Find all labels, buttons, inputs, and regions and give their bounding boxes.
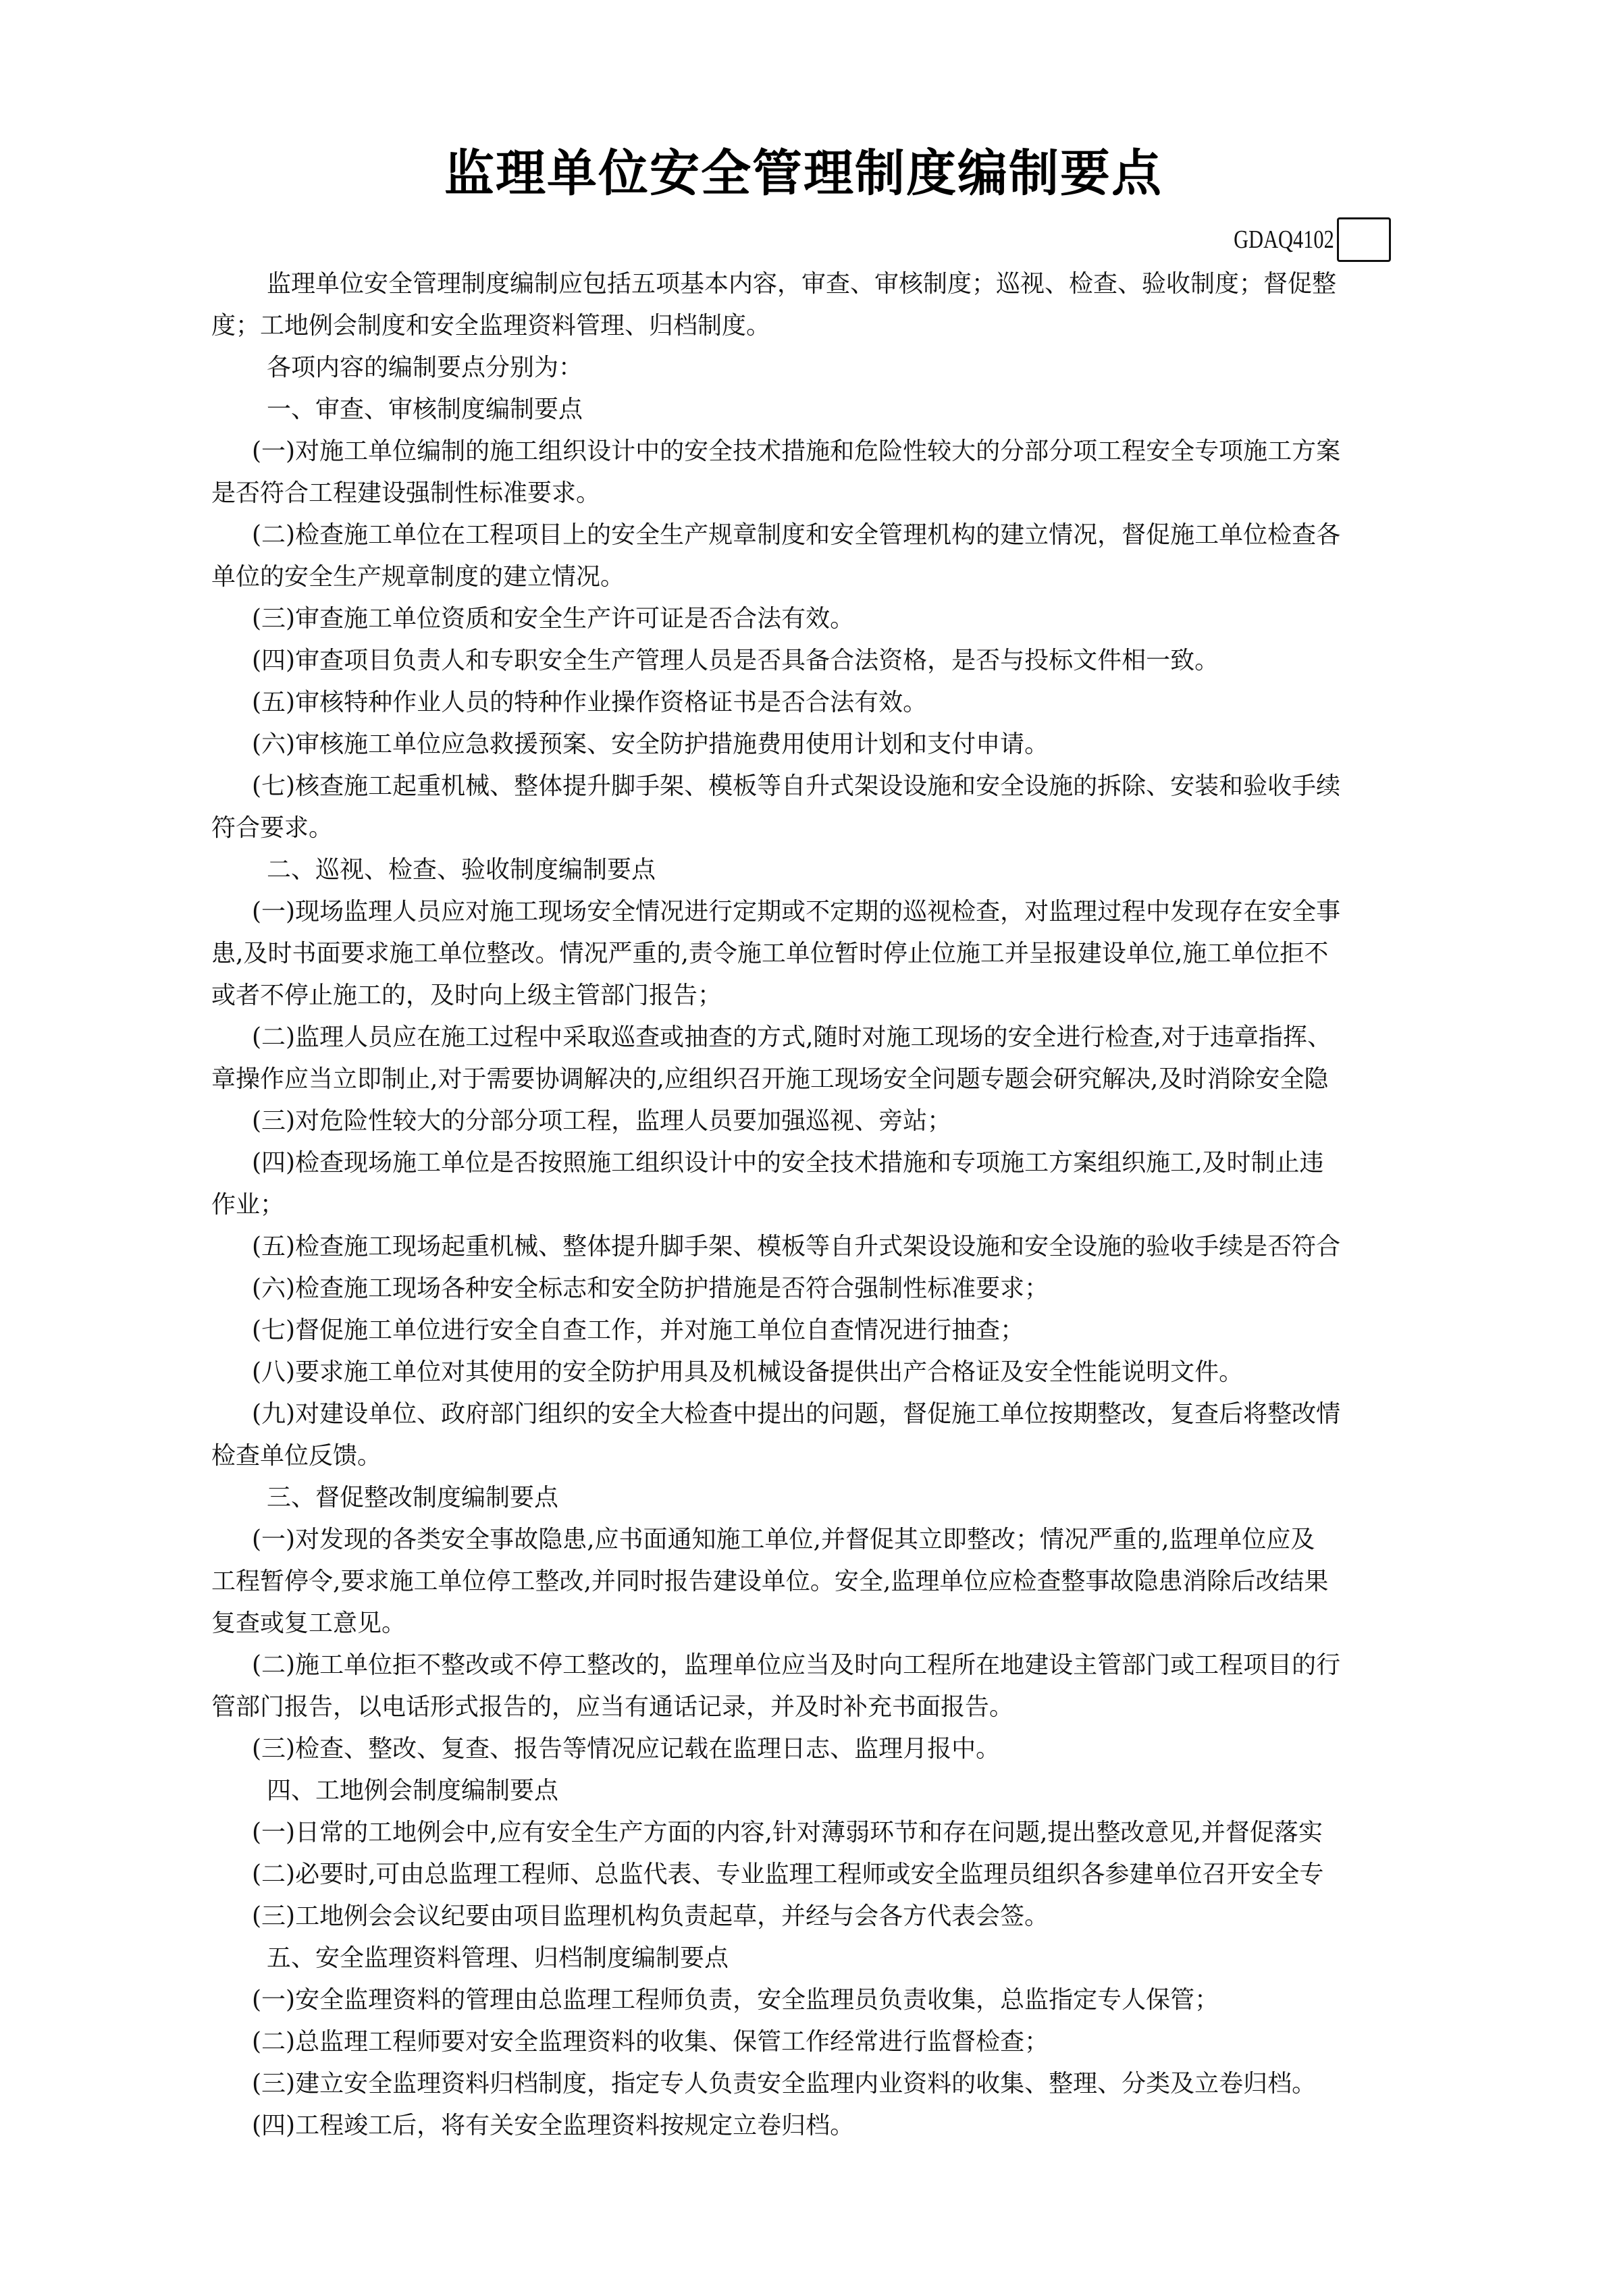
text-line: 是否符合工程建设强制性标准要求。	[211, 473, 1496, 514]
text-line: 符合要求。	[211, 807, 1496, 849]
text-line: 二、巡视、检查、验收制度编制要点	[211, 849, 1496, 891]
text-line: (八)要求施工单位对其使用的安全防护用具及机械设备提供出产合格证及安全性能说明文…	[211, 1352, 1496, 1393]
text-line: (三)对危险性较大的分部分项工程，监理人员要加强巡视、旁站；	[211, 1100, 1496, 1142]
text-line: (二)监理人员应在施工过程中采取巡查或抽查的方式,随时对施工现场的安全进行检查,…	[211, 1017, 1496, 1059]
text-line: (一)日常的工地例会中,应有安全生产方面的内容,针对薄弱环节和存在问题,提出整改…	[211, 1812, 1496, 1854]
text-line: 工程暂停令,要求施工单位停工整改,并同时报告建设单位。安全,监理单位应检查整事故…	[211, 1561, 1496, 1603]
document-body: 监理单位安全管理制度编制应包括五项基本内容，审查、审核制度；巡视、检查、验收制度…	[211, 263, 1496, 2147]
text-line: (一)对发现的各类安全事故隐患,应书面通知施工单位,并督促其立即整改；情况严重的…	[211, 1519, 1496, 1561]
text-line: (五)检查施工现场起重机械、整体提升脚手架、模板等自升式架设设施和安全设施的验收…	[211, 1226, 1496, 1268]
text-line: 三、督促整改制度编制要点	[211, 1477, 1496, 1519]
text-line: (一)对施工单位编制的施工组织设计中的安全技术措施和危险性较大的分部分项工程安全…	[211, 431, 1496, 473]
text-line: 章操作应当立即制止,对于需要协调解决的,应组织召开施工现场安全问题专题会研究解决…	[211, 1059, 1496, 1100]
text-line: 四、工地例会制度编制要点	[211, 1770, 1496, 1812]
text-line: (七)督促施工单位进行安全自查工作，并对施工单位自查情况进行抽查；	[211, 1310, 1496, 1352]
text-line: (六)审核施工单位应急救援预案、安全防护措施费用使用计划和支付申请。	[211, 724, 1496, 766]
page-title: 监理单位安全管理制度编制要点	[0, 143, 1607, 204]
text-line: (七)核查施工起重机械、整体提升脚手架、模板等自升式架设设施和安全设施的拆除、安…	[211, 766, 1496, 807]
text-line: (三)审查施工单位资质和安全生产许可证是否合法有效。	[211, 598, 1496, 640]
text-line: 检查单位反馈。	[211, 1435, 1496, 1477]
text-line: (二)施工单位拒不整改或不停工整改的，监理单位应当及时向工程所在地建设主管部门或…	[211, 1645, 1496, 1686]
text-line: 作业；	[211, 1184, 1496, 1226]
text-line: (三)检查、整改、复查、报告等情况应记载在监理日志、监理月报中。	[211, 1728, 1496, 1770]
text-line: (一)现场监理人员应对施工现场安全情况进行定期或不定期的巡视检查，对监理过程中发…	[211, 891, 1496, 933]
text-line: (一)安全监理资料的管理由总监理工程师负责，安全监理员负责收集，总监指定专人保管…	[211, 1979, 1496, 2021]
text-line: 单位的安全生产规章制度的建立情况。	[211, 556, 1496, 598]
text-line: 管部门报告，以电话形式报告的，应当有通话记录，并及时补充书面报告。	[211, 1686, 1496, 1728]
text-line: (四)检查现场施工单位是否按照施工组织设计中的安全技术措施和专项施工方案组织施工…	[211, 1142, 1496, 1184]
text-line: (二)总监理工程师要对安全监理资料的收集、保管工作经常进行监督检查；	[211, 2021, 1496, 2063]
text-line: 各项内容的编制要点分别为：	[211, 347, 1496, 389]
text-line: 或者不停止施工的，及时向上级主管部门报告；	[211, 975, 1496, 1017]
text-line: (四)工程竣工后，将有关安全监理资料按规定立卷归档。	[211, 2105, 1496, 2147]
text-line: (五)审核特种作业人员的特种作业操作资格证书是否合法有效。	[211, 682, 1496, 724]
text-line: (四)审查项目负责人和专职安全生产管理人员是否具备合法资格，是否与投标文件相一致…	[211, 640, 1496, 682]
document-code-row: GDAQ4102	[1209, 217, 1391, 262]
text-line: (九)对建设单位、政府部门组织的安全大检查中提出的问题，督促施工单位按期整改，复…	[211, 1393, 1496, 1435]
text-line: 五、安全监理资料管理、归档制度编制要点	[211, 1938, 1496, 1979]
text-line: 复查或复工意见。	[211, 1603, 1496, 1645]
document-code: GDAQ4102	[1234, 225, 1334, 255]
text-line: (二)检查施工单位在工程项目上的安全生产规章制度和安全管理机构的建立情况，督促施…	[211, 514, 1496, 556]
text-line: (三)工地例会会议纪要由项目监理机构负责起草，并经与会各方代表会签。	[211, 1896, 1496, 1938]
text-line: 监理单位安全管理制度编制应包括五项基本内容，审查、审核制度；巡视、检查、验收制度…	[211, 263, 1496, 305]
text-line: 度；工地例会制度和安全监理资料管理、归档制度。	[211, 305, 1496, 347]
text-line: 一、审查、审核制度编制要点	[211, 389, 1496, 431]
code-suffix-box	[1337, 217, 1391, 262]
text-line: (二)必要时,可由总监理工程师、总监代表、专业监理工程师或安全监理员组织各参建单…	[211, 1854, 1496, 1896]
text-line: (三)建立安全监理资料归档制度，指定专人负责安全监理内业资料的收集、整理、分类及…	[211, 2063, 1496, 2105]
text-line: 患,及时书面要求施工单位整改。情况严重的,责令施工单位暂时停止位施工并呈报建设单…	[211, 933, 1496, 975]
text-line: (六)检查施工现场各种安全标志和安全防护措施是否符合强制性标准要求；	[211, 1268, 1496, 1310]
